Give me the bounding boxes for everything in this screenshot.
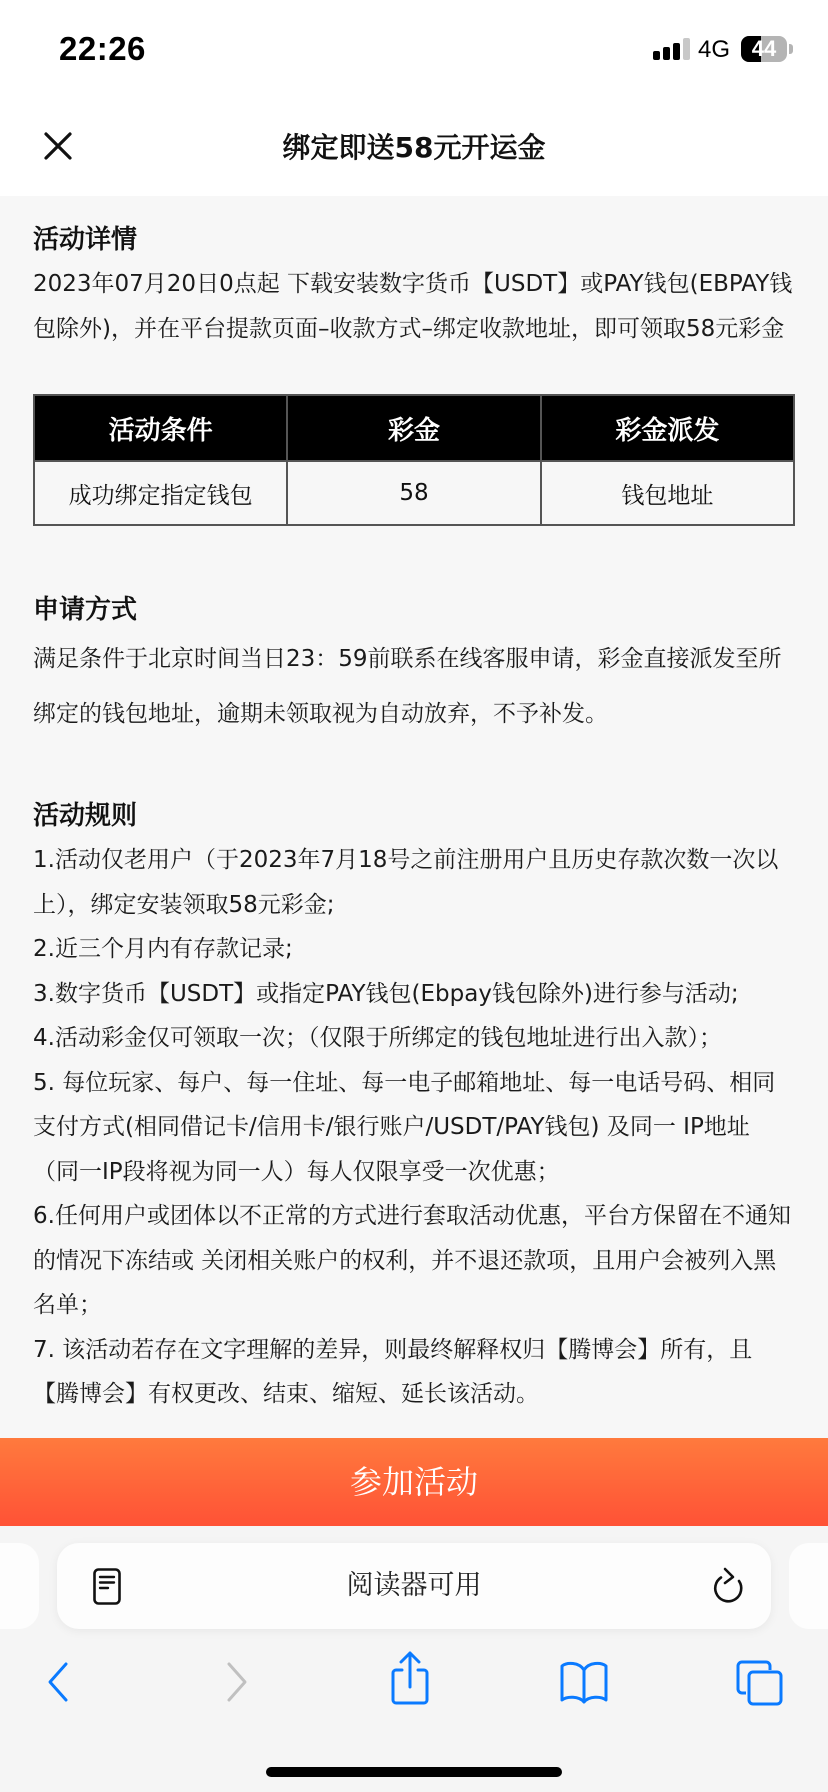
bookmarks-icon (559, 1660, 609, 1704)
battery-level: 44 (741, 36, 787, 62)
details-section: 活动详情 2023年07月20日0点起 下载安装数字货币【USDT】或PAY钱包… (33, 218, 795, 351)
rule-item: 2.近三个月内有存款记录; (33, 927, 795, 972)
rule-item: 4.活动彩金仅可领取一次；（仅限于所绑定的钱包地址进行出入款）； (33, 1016, 795, 1061)
table-header-condition: 活动条件 (34, 395, 287, 461)
signal-icon (653, 38, 691, 60)
rule-item: 3.数字货币【USDT】或指定PAY钱包(Ebpay钱包除外)进行参与活动; (33, 972, 795, 1017)
rules-section: 活动规则 1.活动仅老用户（于2023年7月18号之前注册用户且历史存款次数一次… (33, 794, 795, 1417)
next-tab-peek[interactable] (789, 1543, 828, 1629)
forward-button[interactable] (223, 1660, 251, 1704)
share-button[interactable] (388, 1650, 432, 1706)
table-header-distribution: 彩金派发 (541, 395, 794, 461)
address-bar[interactable]: 阅读器可用 (57, 1543, 771, 1629)
rules-title: 活动规则 (33, 794, 795, 838)
page-title: 绑定即送58元开运金 (0, 126, 828, 166)
browser-nav-bar (0, 1660, 828, 1704)
table-cell-bonus: 58 (287, 461, 540, 525)
details-title: 活动详情 (33, 218, 795, 262)
tabs-icon (736, 1660, 784, 1706)
join-activity-button[interactable]: 参加活动 (0, 1438, 828, 1526)
rule-item: 1.活动仅老用户（于2023年7月18号之前注册用户且历史存款次数一次以上），绑… (33, 838, 795, 927)
home-indicator[interactable] (266, 1767, 562, 1777)
table-header-bonus: 彩金 (287, 395, 540, 461)
rule-item: 7. 该活动若存在文字理解的差异，则最终解释权归【腾博会】所有，且【腾博会】有权… (33, 1328, 795, 1417)
table-cell-condition: 成功绑定指定钱包 (34, 461, 287, 525)
reader-icon (93, 1568, 121, 1605)
table-header-row: 活动条件 彩金 彩金派发 (34, 395, 794, 461)
address-bar-text[interactable]: 阅读器可用 (57, 1543, 771, 1629)
tabs-button[interactable] (736, 1660, 784, 1704)
battery-nub (789, 44, 793, 54)
promo-table: 活动条件 彩金 彩金派发 成功绑定指定钱包 58 钱包地址 (33, 394, 795, 526)
status-time: 22:26 (59, 30, 146, 68)
table-row: 成功绑定指定钱包 58 钱包地址 (34, 461, 794, 525)
details-text: 2023年07月20日0点起 下载安装数字货币【USDT】或PAY钱包(EBPA… (33, 262, 795, 351)
table-cell-distribution: 钱包地址 (541, 461, 794, 525)
reload-icon (711, 1567, 745, 1605)
previous-tab-peek[interactable] (0, 1543, 39, 1629)
apply-section: 申请方式 满足条件于北京时间当日23：59前联系在线客服申请，彩金直接派发至所绑… (33, 588, 795, 742)
page-header: 绑定即送58元开运金 (0, 96, 828, 196)
apply-title: 申请方式 (33, 588, 795, 632)
apply-text: 满足条件于北京时间当日23：59前联系在线客服申请，彩金直接派发至所绑定的钱包地… (33, 632, 795, 742)
reload-button[interactable] (711, 1567, 745, 1605)
rule-item: 5. 每位玩家、每户、每一住址、每一电子邮箱地址、每一电话号码、相同支付方式(相… (33, 1061, 795, 1195)
bookmarks-button[interactable] (559, 1660, 609, 1704)
status-bar: 22:26 4G 44 (0, 0, 828, 96)
back-button[interactable] (44, 1660, 72, 1704)
share-icon (388, 1650, 432, 1706)
reader-mode-button[interactable] (93, 1568, 121, 1605)
browser-toolbar: 阅读器可用 (0, 1526, 828, 1792)
network-type: 4G (698, 36, 730, 64)
rule-item: 6.任何用户或团体以不正常的方式进行套取活动优惠，平台方保留在不通知的情况下冻结… (33, 1194, 795, 1328)
back-icon (44, 1660, 72, 1704)
forward-icon (223, 1660, 251, 1704)
battery-icon: 44 (741, 36, 787, 62)
